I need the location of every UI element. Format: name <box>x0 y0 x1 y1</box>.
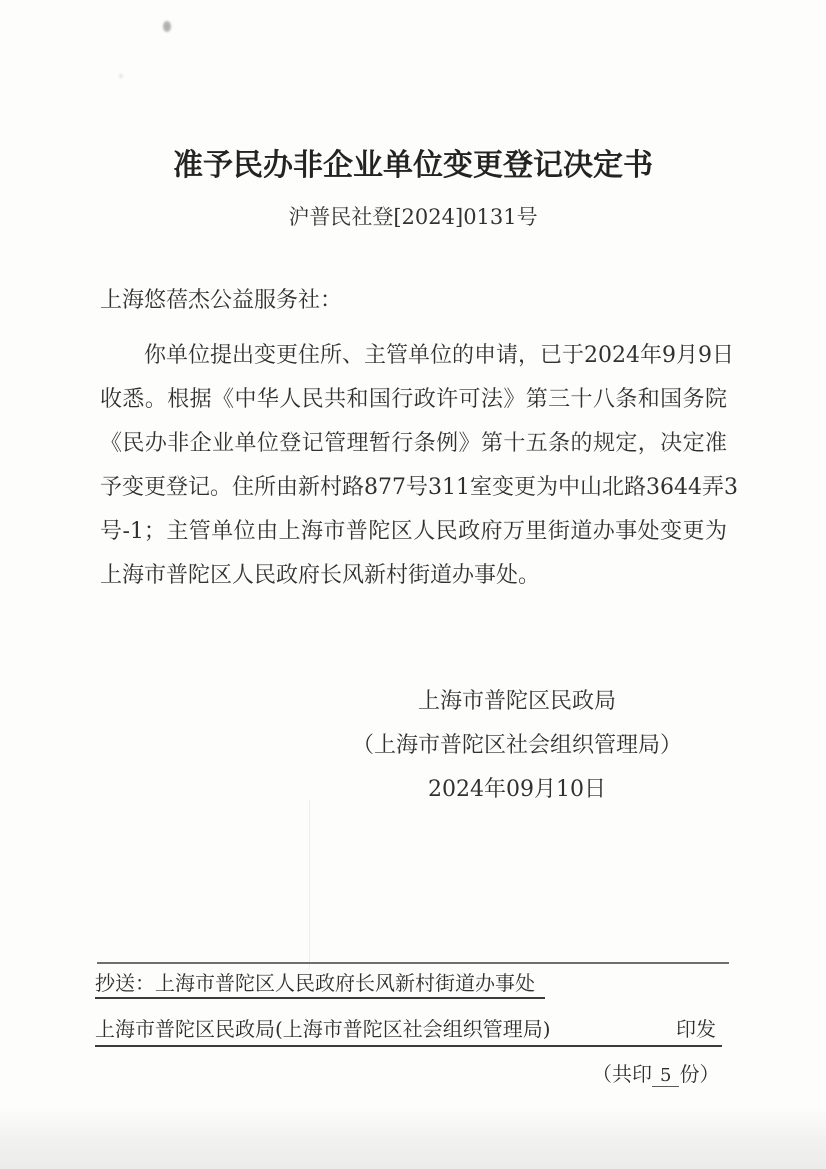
copies-prefix: （共印 <box>592 1062 652 1086</box>
body-line: 你单位提出变更住所、主管单位的申请，已于2024年9月9日 <box>100 334 727 378</box>
cc-recipients-line: 抄送：上海市普陀区人民政府长风新村街道办事处 <box>95 971 545 999</box>
scanned-document-page: 准予民办非企业单位变更登记决定书 沪普民社登[2024]0131号 上海悠蓓杰公… <box>0 0 826 1169</box>
body-line: 收悉。根据《中华人民共和国行政许可法》第三十八条和国务院 <box>100 378 727 422</box>
copies-count: 5 <box>652 1065 679 1087</box>
copies-note: （共印5份） <box>592 1058 719 1087</box>
issuer-line: 上海市普陀区民政局(上海市普陀区社会组织管理局) 印发 <box>95 1017 722 1047</box>
scan-speck <box>163 21 171 32</box>
scan-bottom-shadow <box>0 1107 826 1169</box>
document-title: 准予民办非企业单位变更登记决定书 <box>0 140 826 184</box>
copies-suffix: 份） <box>679 1062 719 1086</box>
signature-org-alias: （上海市普陀区社会组织管理局） <box>349 724 685 768</box>
document-number: 沪普民社登[2024]0131号 <box>0 201 826 231</box>
issue-label: 印发 <box>676 1017 722 1041</box>
scan-speck-faint <box>119 74 123 78</box>
addressee-line: 上海悠蓓杰公益服务社： <box>100 288 342 314</box>
body-paragraph: 你单位提出变更住所、主管单位的申请，已于2024年9月9日 收悉。根据《中华人民… <box>100 334 727 598</box>
body-line: 号-1；主管单位由上海市普陀区人民政府万里街道办事处变更为 <box>100 510 727 554</box>
issuer-name: 上海市普陀区民政局(上海市普陀区社会组织管理局) <box>95 1017 551 1041</box>
body-line: 上海市普陀区人民政府长风新村街道办事处。 <box>100 554 727 598</box>
footer-divider-rule <box>97 962 729 964</box>
scan-fold-streak <box>309 800 310 970</box>
signature-org: 上海市普陀区民政局 <box>349 680 685 724</box>
signature-date: 2024年09月10日 <box>349 768 685 812</box>
body-line: 《民办非企业单位登记管理暂行条例》第十五条的规定，决定准 <box>100 422 727 466</box>
signature-block: 上海市普陀区民政局 （上海市普陀区社会组织管理局） 2024年09月10日 <box>349 680 685 812</box>
body-line: 予变更登记。住所由新村路877号311室变更为中山北路3644弄3 <box>100 466 727 510</box>
